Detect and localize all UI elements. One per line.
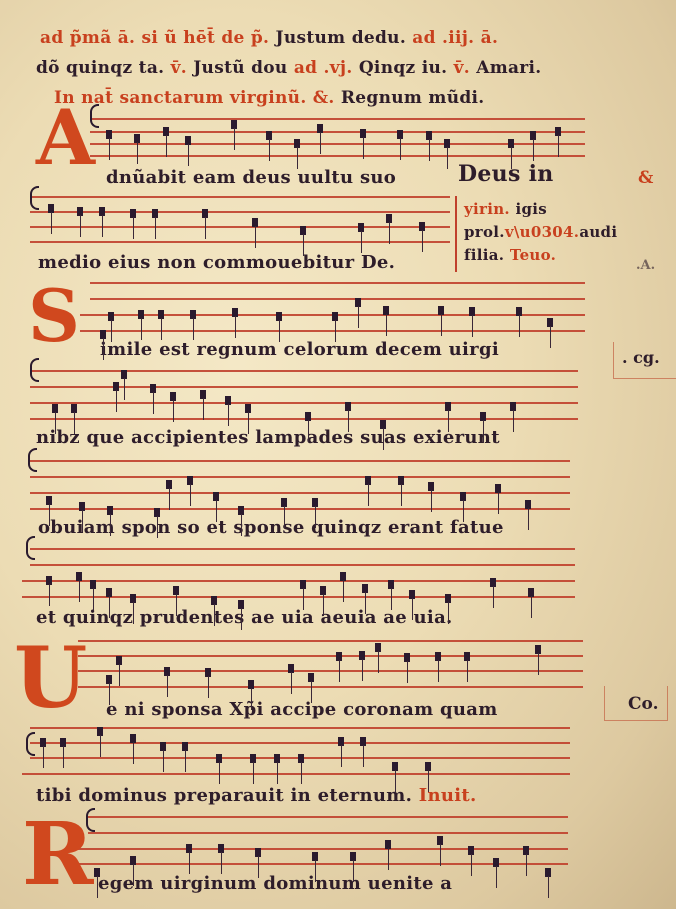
- rubric-text: ad .vj.: [294, 58, 353, 78]
- initial-letter-a: A: [36, 100, 95, 176]
- rubric-line-1: ad p̃mã ā. si ũ hēt̄ de p̃. Justum d…: [40, 28, 498, 48]
- rubric-line-2: dõ quinqz ta. v̄. Justũ dou ad .vj. Qi…: [36, 58, 542, 78]
- column-divider: [455, 196, 457, 272]
- incipit-text: Amari.: [476, 58, 541, 78]
- margin-note: &: [638, 168, 653, 188]
- incipit-text: Justũ dou: [193, 58, 287, 78]
- incipit-text: dõ quinqz ta.: [36, 58, 164, 78]
- c-clef-icon: [86, 808, 95, 832]
- lyric-line-3: imile est regnum celorum decem uirgi: [100, 340, 499, 360]
- lyric-line-6: et quinqz prudentes ae uia aeuia ae uia.: [36, 608, 453, 628]
- c-clef-icon: [26, 536, 35, 560]
- c-clef-icon: [30, 186, 39, 210]
- lyric-line-7: e ni sponsa Xp̃i accipe coronam quam: [106, 700, 498, 720]
- margin-note: .A.: [636, 258, 655, 273]
- rubric-text: v̄.: [454, 58, 470, 78]
- lyric-text: tibi dominus preparauit in eternum.: [36, 785, 412, 806]
- incipit-text: Justum dedu.: [276, 28, 407, 48]
- incipit-text: Qinqz iu.: [359, 58, 448, 78]
- side-column: yirin. igis prol.v\u0304.audi filia. Teu…: [464, 198, 617, 267]
- lyric-line-1: dnũabit eam deus uultu suo: [106, 168, 396, 188]
- c-clef-icon: [30, 358, 39, 382]
- initial-letter-u: U: [14, 636, 87, 720]
- incipit-text: Regnum mũdi.: [341, 88, 485, 108]
- manuscript-page: ad p̃mã ā. si ũ hēt̄ de p̃. Justum d…: [0, 0, 676, 909]
- c-clef-icon: [28, 448, 37, 472]
- initial-letter-s: S: [28, 280, 80, 352]
- c-clef-icon: [90, 104, 99, 128]
- margin-note: . cg.: [622, 348, 660, 367]
- initial-letter-r: R: [22, 812, 93, 898]
- c-clef-icon: [26, 732, 35, 756]
- lyric-line-8: tibi dominus preparauit in eternum. Inui…: [36, 786, 477, 806]
- rubric-text: ad p̃mã ā. si ũ hēt̄ de p̃.: [40, 28, 269, 48]
- lyric-line-2: medio eius non commouebitur De.: [38, 253, 395, 273]
- rubric-text: v̄.: [171, 58, 187, 78]
- margin-note: Co.: [628, 694, 659, 714]
- rubric-line-3: In nat̄ sanctarum virginũ. &. Regnum mu…: [54, 88, 485, 108]
- rubric-text: ad .iij. ā.: [412, 28, 498, 48]
- lyric-line-1-extra: Deus in: [458, 164, 554, 184]
- lyric-line-4: nibz que accipientes lampades suas exier…: [36, 428, 500, 448]
- lyric-line-5: obuiam spon so et sponse quinqz erant fa…: [38, 518, 504, 538]
- lyric-line-9: egem uirginum dominum uenite a: [98, 874, 452, 894]
